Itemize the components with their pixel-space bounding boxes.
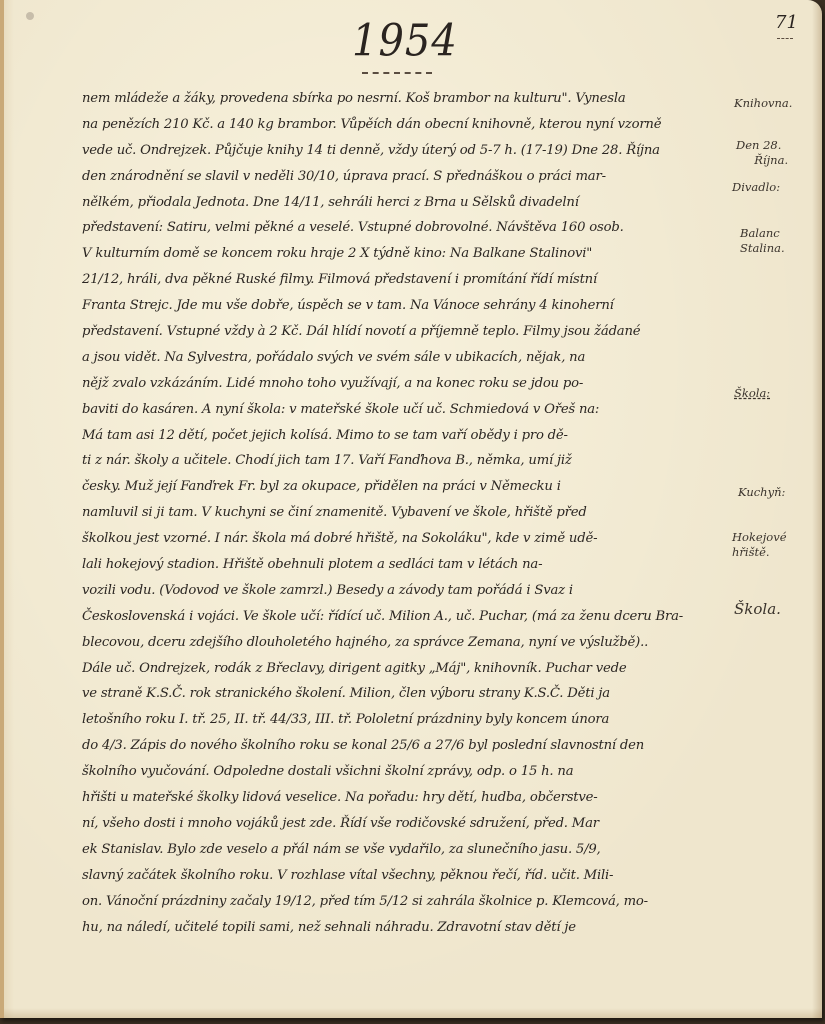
page-left-edge (0, 0, 4, 1018)
margin-note-october-28: Den 28. Října. (736, 138, 788, 168)
text-line: česky. Muž její Fanďrek Fr. byl za okupa… (82, 474, 722, 500)
text-line: ní, všeho dosti i mnoho vojáků jest zde.… (82, 811, 722, 837)
text-line: školkou jest vzorné. I nár. škola má dob… (82, 526, 722, 552)
text-line: představení. Vstupné vždy à 2 Kč. Dál hl… (82, 319, 722, 345)
margin-note-kitchen: Kuchyň: (738, 485, 785, 500)
text-line: a jsou vidět. Na Sylvestra, pořádalo svý… (82, 345, 722, 371)
text-line: hřišti u mateřské školky lidová veselice… (82, 785, 722, 811)
text-line: blecovou, dceru zdejšího dlouholetého ha… (82, 630, 722, 656)
margin-note-theatre: Divadlo: (732, 180, 780, 195)
year-underline-decoration (362, 72, 432, 74)
text-line: na penězích 210 Kč. a 140 kg brambor. Vů… (82, 112, 722, 138)
text-line: Československá i vojáci. Ve škole učí: ř… (82, 604, 722, 630)
text-line: on. Vánoční prázdniny začaly 19/12, před… (82, 889, 722, 915)
text-line: baviti do kasáren. A nyní škola: v mateř… (82, 397, 722, 423)
text-line: nělkém, přiodala Jednota. Dne 14/11, seh… (82, 190, 722, 216)
text-line: letošního roku I. tř. 25, II. tř. 44/33,… (82, 707, 722, 733)
text-line: Má tam asi 12 dětí, počet jejich kolísá.… (82, 423, 722, 449)
text-line: nem mládeže a žáky, provedena sbírka po … (82, 86, 722, 112)
text-line: V kulturním domě se koncem roku hraje 2 … (82, 241, 722, 267)
text-line: lali hokejový stadion. Hřiště obehnuli p… (82, 552, 722, 578)
text-line: vede uč. Ondrejzek. Půjčuje knihy 14 ti … (82, 138, 722, 164)
text-line: namluvil si ji tam. V kuchyni se činí zn… (82, 500, 722, 526)
text-line: Franta Strejc. Jde mu vše dobře, úspěch … (82, 293, 722, 319)
ink-spot (26, 12, 34, 20)
text-line: ti z nár. školy a učitele. Chodí jich ta… (82, 448, 722, 474)
text-line: školního vyučování. Odpoledne dostali vš… (82, 759, 722, 785)
text-line: nějž zvalo vzkázáním. Lidé mnoho toho vy… (82, 371, 722, 397)
margin-note-stalin: Balanc Stalina. (740, 226, 785, 256)
text-line: hu, na náledí, učitelé topili sami, než … (82, 915, 722, 941)
text-line: do 4/3. Zápis do nového školního roku se… (82, 733, 722, 759)
text-line: 21/12, hráli, dva pěkné Ruské filmy. Fil… (82, 267, 722, 293)
text-line: představení: Satiru, velmi pěkné a vesel… (82, 215, 722, 241)
text-line: ve straně K.S.Č. rok stranického školení… (82, 681, 722, 707)
text-line: Dále uč. Ondrejzek, rodák z Břeclavy, di… (82, 656, 722, 682)
year-heading: 1954 (352, 16, 458, 67)
text-line: slavný začátek školního roku. V rozhlase… (82, 863, 722, 889)
margin-note-school-2: Škola. (734, 602, 781, 617)
text-line: ek Stanislav. Bylo zde veselo a přál nám… (82, 837, 722, 863)
margin-note-library: Knihovna. (734, 96, 792, 111)
margin-note-hockey-rink: Hokejové hřiště. (732, 530, 787, 560)
margin-notes: Knihovna. Den 28. Října. Divadlo: Balanc… (730, 0, 822, 1018)
handwritten-body-text: nem mládeže a žáky, provedena sbírka po … (82, 86, 722, 940)
text-line: vozili vodu. (Vodovod ve škole zamrzl.) … (82, 578, 722, 604)
chronicle-page: 1954 71 nem mládeže a žáky, provedena sb… (0, 0, 822, 1018)
margin-note-school: Škola: (734, 386, 770, 401)
text-line: den znárodnění se slavil v neděli 30/10,… (82, 164, 722, 190)
